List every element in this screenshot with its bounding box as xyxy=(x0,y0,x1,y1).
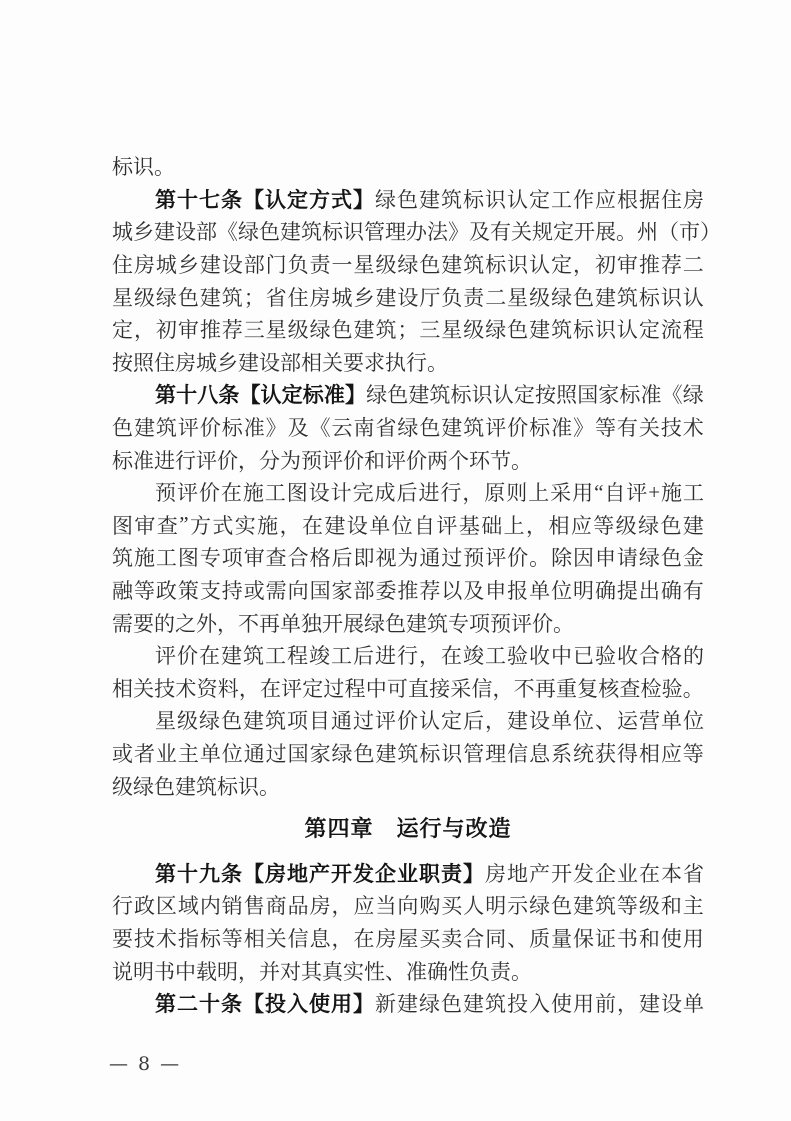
article-17-line-6: 按照住房城乡建设部相关要求执行。 xyxy=(112,346,704,379)
article-19-line-3: 要技术指标等相关信息，在房屋买卖合同、质量保证书和使用 xyxy=(112,922,704,955)
article-17-line-1: 第十七条【认定方式】绿色建筑标识认定工作应根据住房 xyxy=(112,183,704,216)
article-17-line-5: 定，初审推荐三星级绿色建筑；三星级绿色建筑标识认定流程 xyxy=(112,313,704,346)
paragraph-evaluation-line-2: 相关技术资料，在评定过程中可直接采信，不再重复核查检验。 xyxy=(112,672,704,705)
article-19-line-1: 第十九条【房地产开发企业职责】房地产开发企业在本省 xyxy=(112,856,704,889)
paragraph-pre-evaluation-line-5: 需要的之外，不再单独开展绿色建筑专项预评价。 xyxy=(112,606,704,639)
article-19-line-4: 说明书中载明，并对其真实性、准确性负责。 xyxy=(112,954,704,987)
paragraph-pre-evaluation-line-3: 筑施工图专项审查合格后即视为通过预评价。除因申请绿色金 xyxy=(112,541,704,574)
paragraph-pre-evaluation-line-1: 预评价在施工图设计完成后进行，原则上采用“自评+施工 xyxy=(112,476,704,509)
paragraph-pre-evaluation-line-2: 图审查”方式实施，在建设单位自评基础上，相应等级绿色建 xyxy=(112,509,704,542)
paragraph-evaluation-line-1: 评价在建筑工程竣工后进行，在竣工验收中已验收合格的 xyxy=(112,639,704,672)
page-number: — 8 — xyxy=(109,1053,181,1075)
article-17-line-3: 住房城乡建设部门负责一星级绿色建筑标识认定，初审推荐二 xyxy=(112,248,704,281)
paragraph-continuation-line-1: 标识。 xyxy=(112,150,704,183)
paragraph-label-acquisition-line-1: 星级绿色建筑项目通过评价认定后，建设单位、运营单位 xyxy=(112,704,704,737)
scanned-document-page: 标识。第十七条【认定方式】绿色建筑标识认定工作应根据住房城乡建设部《绿色建筑标识… xyxy=(0,0,791,1121)
article-18-line-2: 色建筑评价标准》及《云南省绿色建筑评价标准》等有关技术 xyxy=(112,411,704,444)
article-17-line-4: 星级绿色建筑；省住房城乡建设厅负责二星级绿色建筑标识认 xyxy=(112,280,704,313)
chapter-4-heading: 第四章 运行与改造 xyxy=(112,813,704,846)
article-19-line-2: 行政区域内销售商品房，应当向购买人明示绿色建筑等级和主 xyxy=(112,889,704,922)
article-17-line-2: 城乡建设部《绿色建筑标识管理办法》及有关规定开展。州（市） xyxy=(112,215,704,248)
article-18-line-3: 标准进行评价，分为预评价和评价两个环节。 xyxy=(112,443,704,476)
paragraph-label-acquisition-line-3: 级绿色建筑标识。 xyxy=(112,769,704,802)
document-text-block: 标识。第十七条【认定方式】绿色建筑标识认定工作应根据住房城乡建设部《绿色建筑标识… xyxy=(112,150,704,1019)
article-20-line-1: 第二十条【投入使用】新建绿色建筑投入使用前，建设单 xyxy=(112,987,704,1020)
article-18-line-1: 第十八条【认定标准】绿色建筑标识认定按照国家标准《绿 xyxy=(112,378,704,411)
paragraph-pre-evaluation-line-4: 融等政策支持或需向国家部委推荐以及申报单位明确提出确有 xyxy=(112,574,704,607)
paragraph-label-acquisition-line-2: 或者业主单位通过国家绿色建筑标识管理信息系统获得相应等 xyxy=(112,737,704,770)
